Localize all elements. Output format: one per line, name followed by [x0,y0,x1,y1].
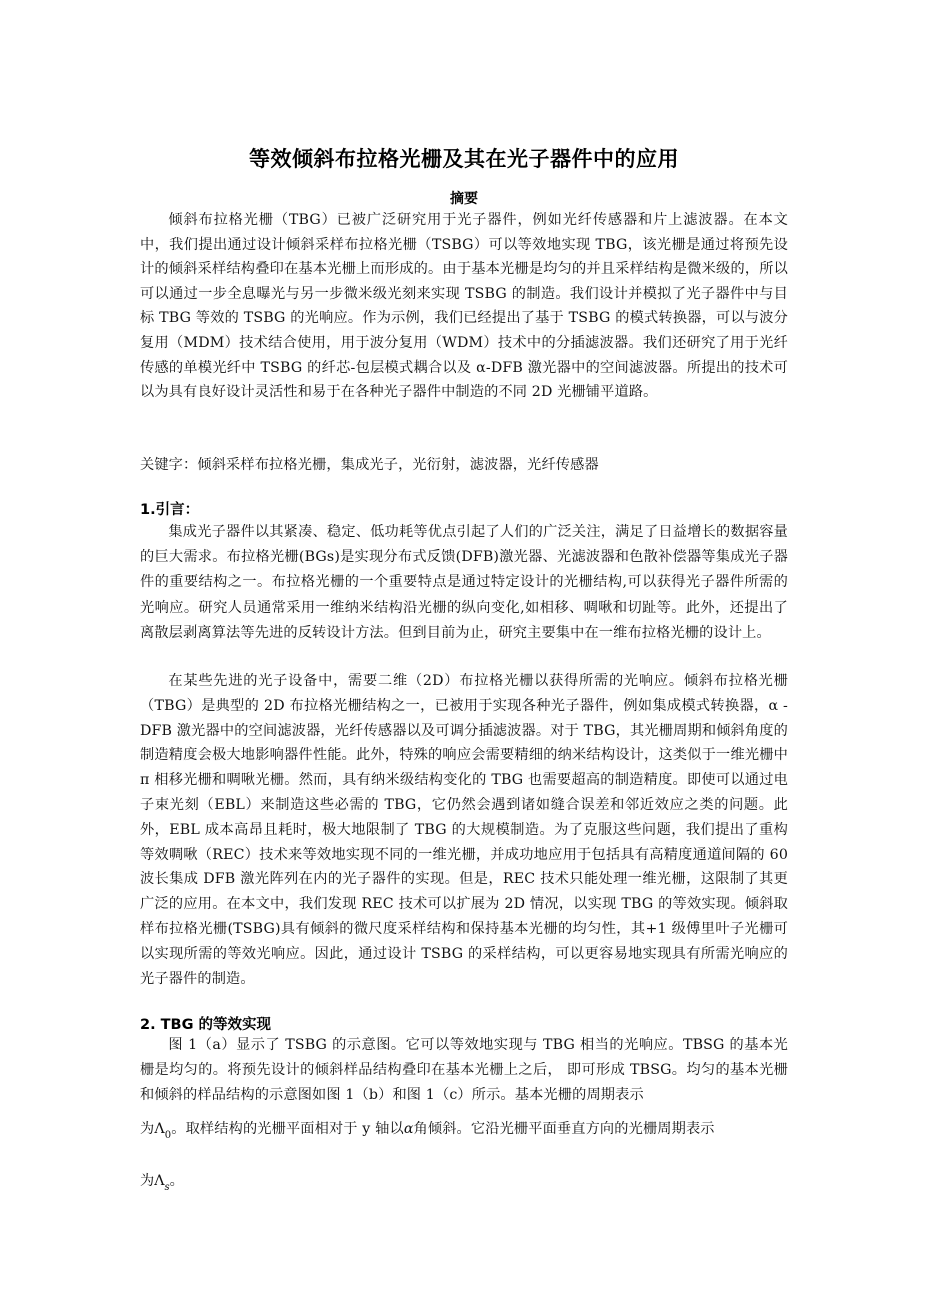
abstract-text: 倾斜布拉格光栅（TBG）已被广泛研究用于光子器件，例如光纤传感器和片上滤波器。在… [140,208,788,405]
text-span: 。 [170,1173,184,1189]
section-1-paragraph-2: 在某些先进的光子设备中，需要二维（2D）布拉格光栅以获得所需的光响应。倾斜布拉格… [140,669,788,991]
section-1-paragraph-1: 集成光子器件以其紧凑、稳定、低功耗等优点引起了人们的广泛关注，满足了日益增长的数… [140,520,788,646]
text-span: 角倾斜。它沿光栅平面垂直方向的光栅周期表示 [414,1121,715,1137]
lambda-symbol: 为Λ [140,1173,164,1189]
section-1-heading: 1.引言： [140,498,199,519]
section-2-equation-line-1: 为Λ0。取样结构的光栅平面相对于 y 轴以α角倾斜。它沿光栅平面垂直方向的光栅周… [140,1118,788,1141]
abstract-heading: 摘要 [140,188,788,208]
paper-title: 等效倾斜布拉格光栅及其在光子器件中的应用 [140,143,788,173]
section-2-heading: 2. TBG 的等效实现 [140,1013,271,1034]
lambda-symbol: 为Λ [140,1121,165,1137]
keywords: 关键字：倾斜采样布拉格光栅，集成光子，光衍射，滤波器，光纤传感器 [140,453,788,478]
section-2-paragraph: 图 1（a）显示了 TSBG 的示意图。它可以等效地实现与 TBG 相当的光响应… [140,1033,788,1108]
text-span: 。取样结构的光栅平面相对于 y 轴以 [171,1121,404,1137]
section-2-equation-line-2: 为Λs。 [140,1170,184,1193]
alpha-symbol: α [404,1121,414,1137]
